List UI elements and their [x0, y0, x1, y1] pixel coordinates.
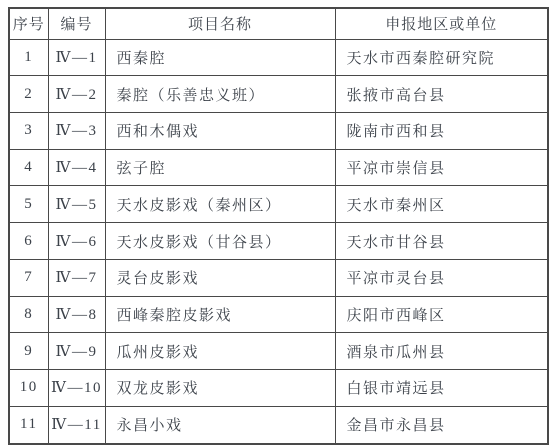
cell-name: 瓜州皮影戏 — [105, 333, 335, 370]
cell-unit: 天水市甘谷县 — [335, 223, 548, 260]
table-row: 4 Ⅳ—4 弦子腔 平凉市崇信县 — [9, 149, 548, 186]
cell-name: 灵台皮影戏 — [105, 259, 335, 296]
cell-seq: 6 — [9, 223, 48, 260]
cell-name: 天水皮影戏（甘谷县） — [105, 223, 335, 260]
cell-code: Ⅳ—10 — [48, 370, 105, 407]
cell-unit: 庆阳市西峰区 — [335, 296, 548, 333]
cell-code: Ⅳ—6 — [48, 223, 105, 260]
cell-name: 西和木偶戏 — [105, 112, 335, 149]
cell-seq: 11 — [9, 406, 48, 444]
cell-name: 西峰秦腔皮影戏 — [105, 296, 335, 333]
cell-unit: 平凉市崇信县 — [335, 149, 548, 186]
cell-code: Ⅳ—7 — [48, 259, 105, 296]
cell-code: Ⅳ—2 — [48, 76, 105, 113]
cell-code: Ⅳ—9 — [48, 333, 105, 370]
table-row: 1 Ⅳ—1 西秦腔 天水市西秦腔研究院 — [9, 39, 548, 76]
cell-code: Ⅳ—1 — [48, 39, 105, 76]
table-row: 5 Ⅳ—5 天水皮影戏（秦州区） 天水市秦州区 — [9, 186, 548, 223]
table-row: 9 Ⅳ—9 瓜州皮影戏 酒泉市瓜州县 — [9, 333, 548, 370]
cell-code: Ⅳ—4 — [48, 149, 105, 186]
cell-unit: 金昌市永昌县 — [335, 406, 548, 444]
cell-code: Ⅳ—5 — [48, 186, 105, 223]
table-row: 7 Ⅳ—7 灵台皮影戏 平凉市灵台县 — [9, 259, 548, 296]
cell-unit: 张掖市高台县 — [335, 76, 548, 113]
table-header-row: 序号 编号 项目名称 申报地区或单位 — [9, 8, 548, 39]
cell-name: 弦子腔 — [105, 149, 335, 186]
cell-seq: 8 — [9, 296, 48, 333]
cell-name: 天水皮影戏（秦州区） — [105, 186, 335, 223]
cell-unit: 陇南市西和县 — [335, 112, 548, 149]
cell-name: 秦腔（乐善忠义班） — [105, 76, 335, 113]
header-code: 编号 — [48, 8, 105, 39]
cell-seq: 10 — [9, 370, 48, 407]
cell-unit: 酒泉市瓜州县 — [335, 333, 548, 370]
cell-unit: 天水市秦州区 — [335, 186, 548, 223]
cell-code: Ⅳ—11 — [48, 406, 105, 444]
cell-unit: 白银市靖远县 — [335, 370, 548, 407]
cell-seq: 1 — [9, 39, 48, 76]
header-name: 项目名称 — [105, 8, 335, 39]
cell-code: Ⅳ—3 — [48, 112, 105, 149]
cell-name: 西秦腔 — [105, 39, 335, 76]
cell-name: 双龙皮影戏 — [105, 370, 335, 407]
cell-name: 永昌小戏 — [105, 406, 335, 444]
table-row: 3 Ⅳ—3 西和木偶戏 陇南市西和县 — [9, 112, 548, 149]
cell-seq: 4 — [9, 149, 48, 186]
table-row: 2 Ⅳ—2 秦腔（乐善忠义班） 张掖市高台县 — [9, 76, 548, 113]
table-row: 11 Ⅳ—11 永昌小戏 金昌市永昌县 — [9, 406, 548, 444]
cell-code: Ⅳ—8 — [48, 296, 105, 333]
header-unit: 申报地区或单位 — [335, 8, 548, 39]
table-row: 6 Ⅳ—6 天水皮影戏（甘谷县） 天水市甘谷县 — [9, 223, 548, 260]
cell-seq: 9 — [9, 333, 48, 370]
header-seq: 序号 — [9, 8, 48, 39]
cell-seq: 7 — [9, 259, 48, 296]
table-row: 8 Ⅳ—8 西峰秦腔皮影戏 庆阳市西峰区 — [9, 296, 548, 333]
project-table: 序号 编号 项目名称 申报地区或单位 1 Ⅳ—1 西秦腔 天水市西秦腔研究院 2… — [8, 7, 549, 445]
cell-unit: 平凉市灵台县 — [335, 259, 548, 296]
cell-seq: 2 — [9, 76, 48, 113]
table-row: 10 Ⅳ—10 双龙皮影戏 白银市靖远县 — [9, 370, 548, 407]
table-body: 1 Ⅳ—1 西秦腔 天水市西秦腔研究院 2 Ⅳ—2 秦腔（乐善忠义班） 张掖市高… — [9, 39, 548, 444]
cell-seq: 3 — [9, 112, 48, 149]
cell-unit: 天水市西秦腔研究院 — [335, 39, 548, 76]
cell-seq: 5 — [9, 186, 48, 223]
